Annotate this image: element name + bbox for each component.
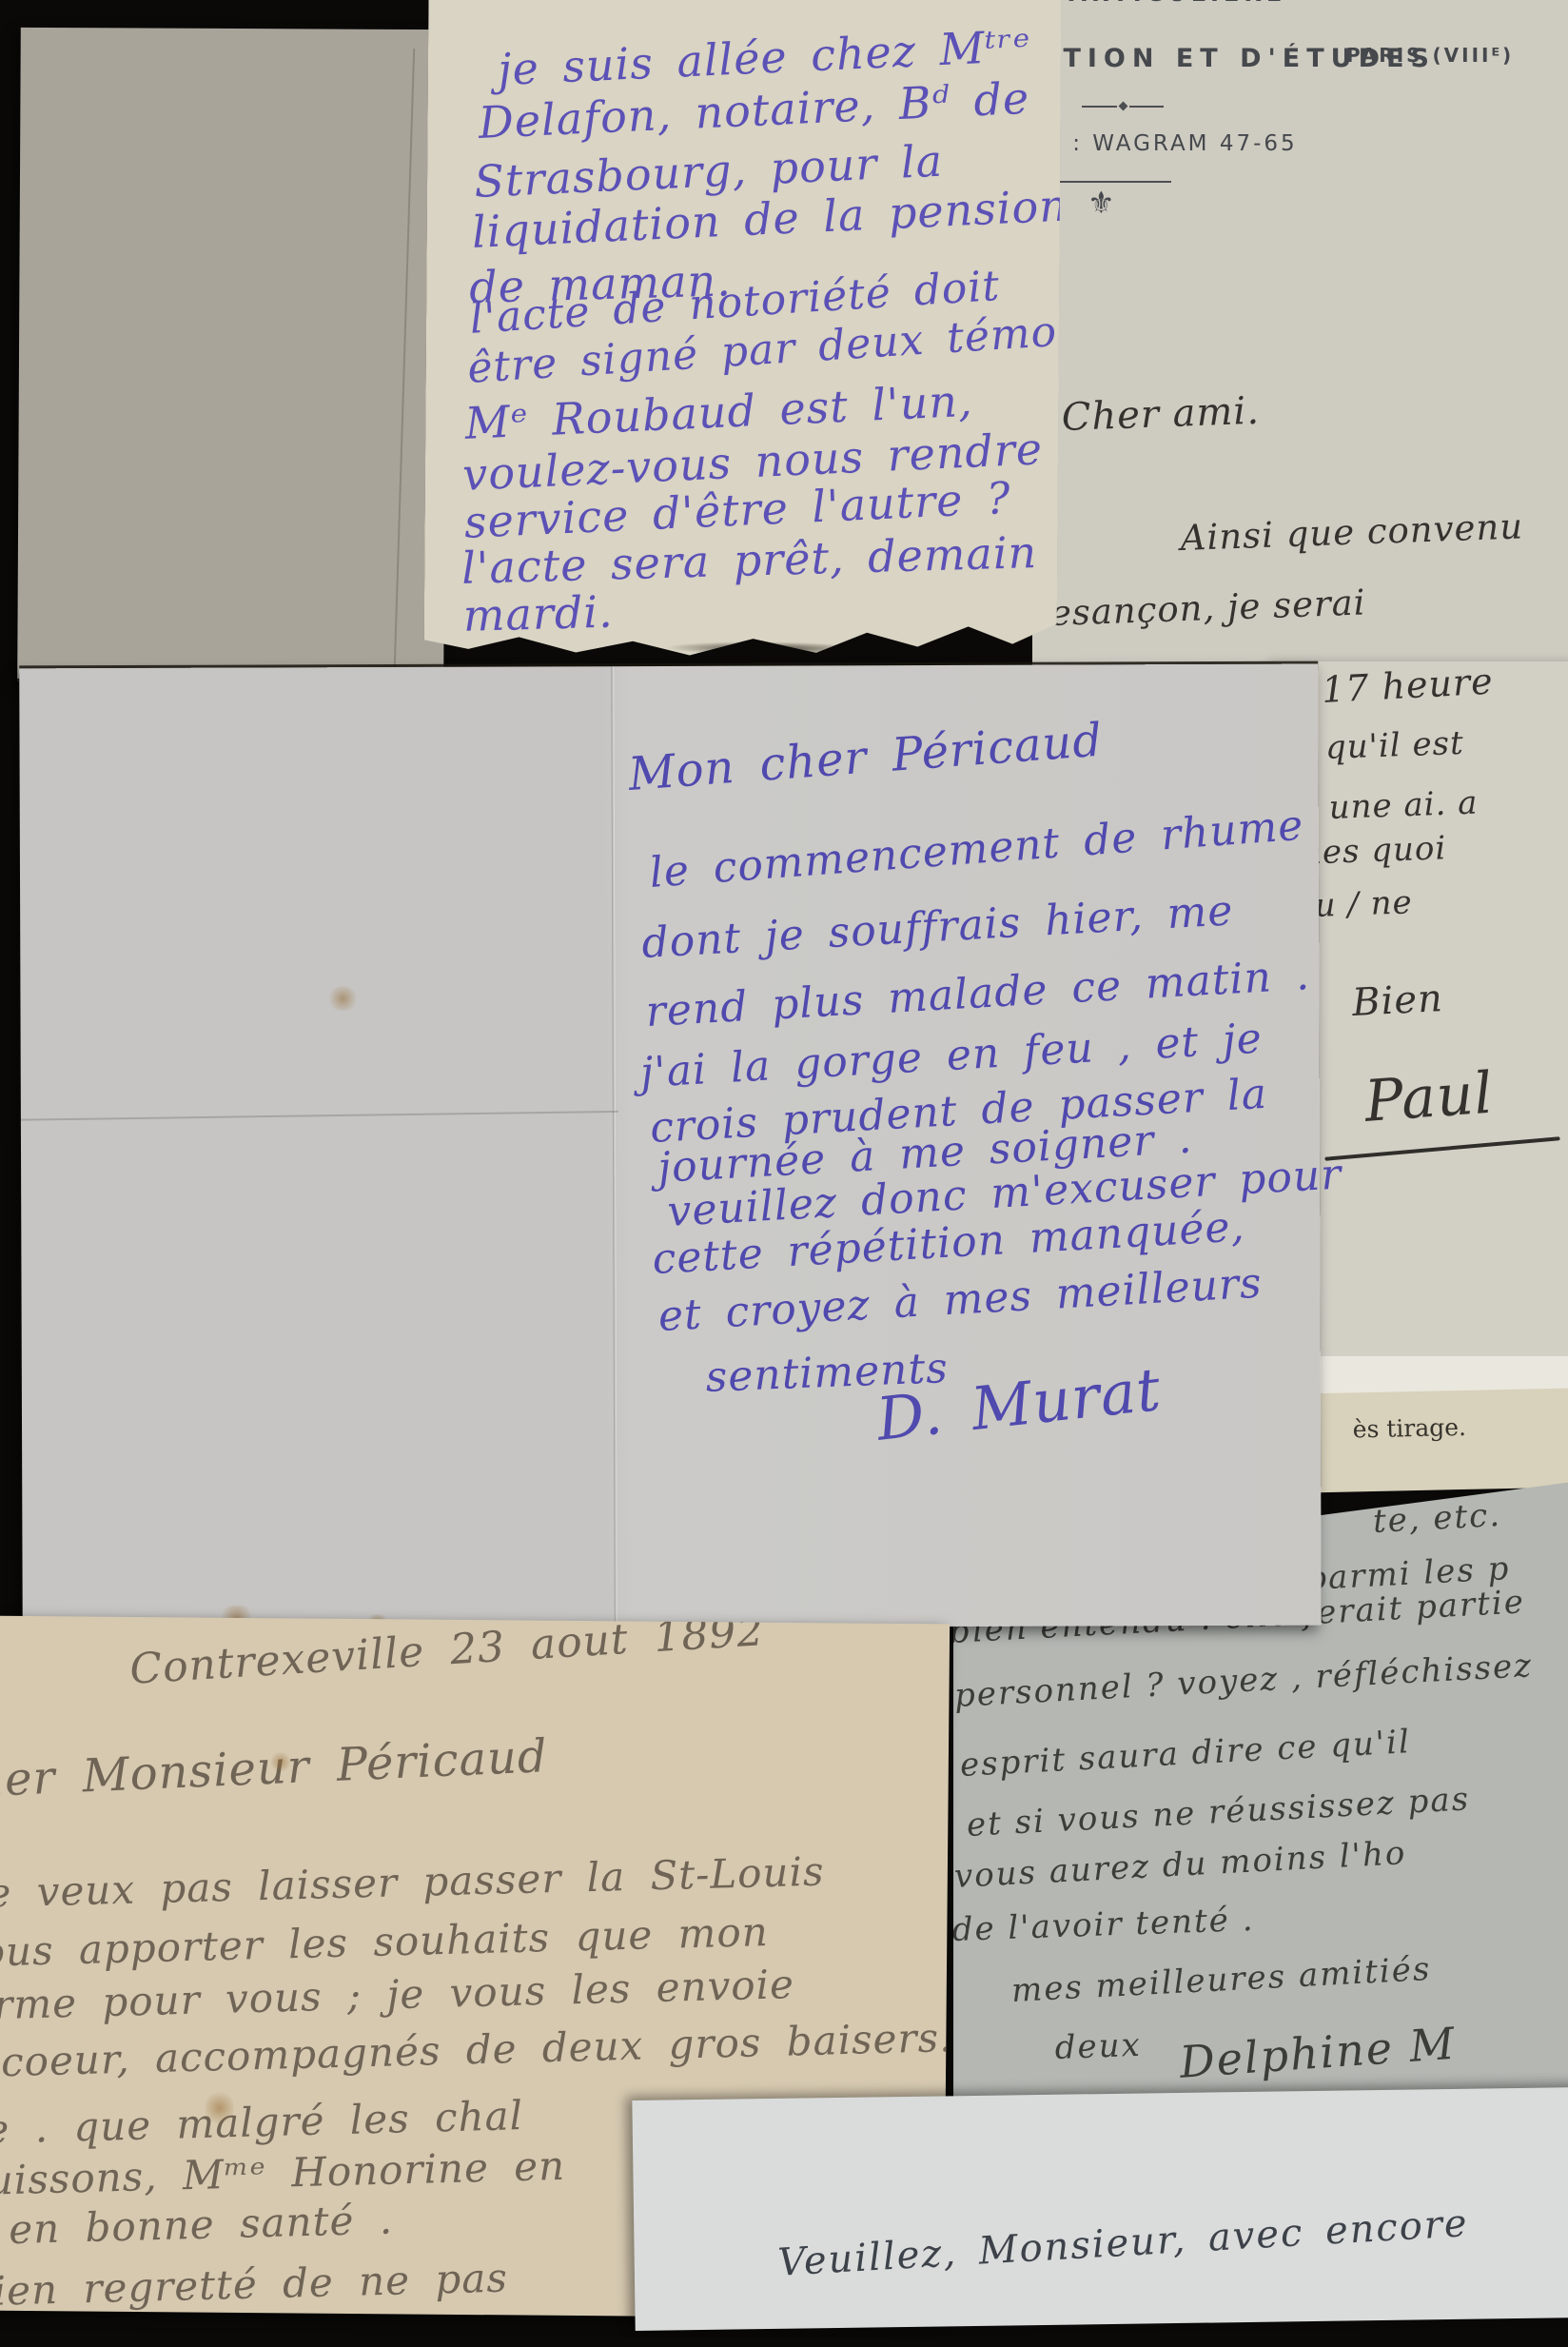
letterhead-district: PARIS (VIIIᴱ) (1346, 44, 1514, 67)
handwritten-line: 17 heure (1321, 661, 1495, 711)
letter-salutation: Mon cher Péricaud (627, 714, 1105, 801)
handwritten-line: Besançon, je serai (1032, 582, 1366, 635)
letter-dateline: Contrexeville 23 aout 1892 (128, 1616, 766, 1694)
handwritten-line: mes meilleures amitiés (1010, 1950, 1432, 2010)
handwritten-line: ue veux pas laisser passer la St-Louis (0, 1848, 825, 1918)
paper-stain (326, 986, 359, 1011)
handwritten-line: vous aurez du moins l'ho (953, 1834, 1407, 1896)
delphine-signature: Delphine M (1178, 2018, 1458, 2088)
handwritten-line: le commencement de rhume (648, 801, 1305, 897)
letterhead-top-line: PARTICULIERE (1049, 0, 1286, 7)
letter-salutation: Cher ami. (1061, 389, 1261, 440)
handwritten-line: personnel ? voyez , réfléchissez (953, 1647, 1534, 1715)
handwritten-line: Ainsi que convenu (1180, 505, 1524, 559)
letterhead-phone: h. : WAGRAM 47-65 (1036, 131, 1298, 156)
handwritten-line: Bien (1351, 976, 1444, 1025)
handwritten-line: mardi. (462, 586, 614, 641)
paper-stain (270, 1751, 291, 1772)
paper-letter-murat: Mon cher Péricaud le commencement de rhu… (19, 664, 1322, 1630)
paper-stain (206, 2089, 234, 2127)
handwritten-line: bien regretté de ne pas (0, 2255, 508, 2316)
paper-letter-bottom: Veuillez, Monsieur, avec encore (632, 2087, 1568, 2331)
divider-ornament (1082, 103, 1164, 109)
handwritten-line: une ai. a (1328, 784, 1479, 827)
fleur-de-lis-icon: ⚜ (1088, 185, 1115, 221)
paper-blank-beige (17, 28, 447, 683)
handwritten-line: buissons, Mᵐᵉ Honorine en (0, 2142, 566, 2205)
photo-of-letters: PARTICULIERE STION ET D'ÉTUDES PARIS (VI… (0, 0, 1568, 2347)
paper-crease (394, 49, 415, 667)
handwritten-line: Veuillez, Monsieur, avec encore (776, 2201, 1469, 2285)
paul-signature: Paul (1362, 1060, 1496, 1135)
handwritten-line: re . que malgré les chal (0, 2092, 524, 2153)
signature-flourish (1324, 1136, 1559, 1161)
handwritten-line: dont je souffrais hier, me (640, 886, 1234, 968)
handwritten-line: deux (1054, 2026, 1142, 2067)
paper-note-notaire: je suis allée chez Mᵗʳᵉ Delafon, notaire… (424, 0, 1062, 664)
fold-crease (611, 666, 617, 1627)
handwritten-line: de l'avoir tenté . (951, 1901, 1255, 1949)
handwritten-line: esprit saura dire ce qu'il (959, 1723, 1412, 1785)
handwritten-line: te, etc. (1372, 1496, 1502, 1541)
fold-crease (21, 1111, 618, 1121)
handwritten-line: s qu'il est (1296, 724, 1464, 768)
letterhead-rule (1053, 181, 1171, 183)
handwritten-line: s en bonne santé . (0, 2197, 394, 2255)
handwritten-line: t coeur, accompagnés de deux gros baiser… (0, 2014, 950, 2086)
printed-strip-text: ès tirage. (1352, 1413, 1466, 1443)
torn-edge-smudge (664, 641, 864, 655)
